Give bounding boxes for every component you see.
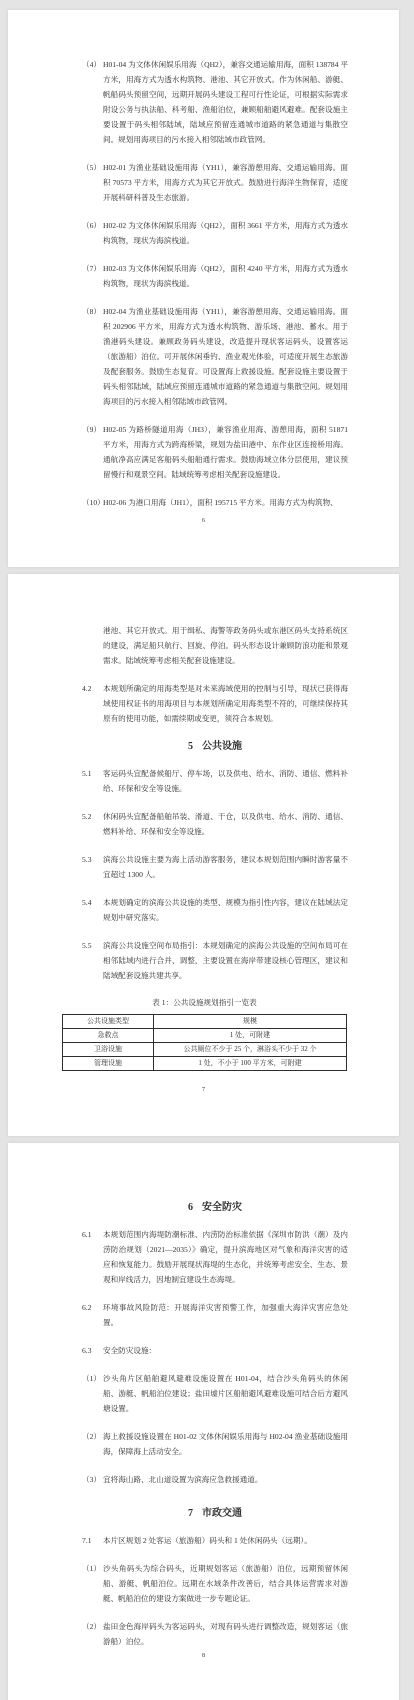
document-page-7: 港池、其它开放式。用于缉私、海警等政务码头或东港区码头支持系统区的建设，满足船只… (8, 574, 399, 1136)
item-number: （7） (82, 261, 101, 276)
sub-item-6-3-2: （2） 海上救援设施设置在 H01-02 文体休闲娱乐用海与 H02-04 渔业… (82, 1429, 348, 1459)
page-7-content: 港池、其它开放式。用于缉私、海警等政务码头或东港区码头支持系统区的建设，满足船只… (8, 574, 399, 1071)
item-text: 宜将海山路、北山道设置为滨海应急救援通道。 (103, 1475, 262, 1484)
section-number: 7 (188, 1507, 193, 1520)
item-number: （6） (82, 218, 101, 233)
page-6-content: （4） H01-04 为文体休闲娱乐用海（QH2），兼容交通运输用海，面积 13… (8, 10, 399, 510)
section-number: 6 (188, 1201, 193, 1214)
item-number: （5） (82, 160, 101, 175)
item-number: （9） (82, 422, 101, 437)
table-caption: 表 1：公共设施规划指引一览表 (62, 996, 347, 1010)
item-number: （1） (82, 1371, 101, 1386)
item-text: 本规划所确定的用海类型是对未来海域使用的控制与引导，现状已获得海域使用权证书的用… (103, 684, 348, 723)
section-title: 安全防灾 (202, 1201, 242, 1214)
item-number: 5.1 (82, 766, 92, 781)
page-8-content: 6 安全防灾 6.1 本规划范围内海堤防潮标准、内涝防治标准依据《深圳市防洪（潮… (8, 1143, 399, 1649)
table-header-row: 公共设施类型 规模 (63, 1015, 347, 1029)
item-text: 本片区规划 2 处客运（旅游船）码头和 1 处休闲码头（远期）。 (103, 1536, 312, 1545)
item-text: 港池、其它开放式。用于缉私、海警等政务码头或东港区码头支持系统区的建设，满足船只… (103, 626, 348, 665)
item-text: 滨海公共设施空间布局指引：本规划确定的滨海公共设施的空间布局可在相邻陆域内进行合… (103, 941, 348, 980)
public-facilities-table: 公共设施类型 规模 急救点 1 处，可附建 卫浴设施 公共厕位不少于 25 个，… (62, 1014, 347, 1071)
document-page-6: （4） H01-04 为文体休闲娱乐用海（QH2），兼容交通运输用海，面积 13… (8, 10, 399, 567)
document-viewer: { "theme": { "canvas_background": "#e4e4… (0, 0, 414, 1700)
item-number: 6.3 (82, 1343, 92, 1358)
item-number: 6.2 (82, 1300, 92, 1315)
section-title: 公共设施 (202, 740, 242, 753)
section-heading-5: 5 公共设施 (82, 740, 348, 753)
list-item-10: （10） H02-06 为港口用海（JH1），面积 195715 平方米。用海方… (82, 495, 348, 510)
section-heading-7: 7 市政交通 (82, 1507, 348, 1520)
item-number: （10） (82, 495, 105, 510)
item-number: （2） (82, 1619, 101, 1634)
item-text: 滨海公共设施主要为海上活动游客服务，建议本规划范围内瞬时游客量不宜超过 1300… (103, 855, 348, 879)
list-item-6: （6） H02-02 为文体休闲娱乐用海（QH2），面积 3661 平方米，用海… (82, 218, 348, 248)
clause-5-2: 5.2 休闲码头宜配备船舶吊装、滑道、干仓，以及供电、给水、消防、通信、燃料补给… (82, 809, 348, 839)
item-number: 6.1 (82, 1227, 92, 1242)
item-text: 沙头角码头为综合码头，近期规划客运（旅游船）泊位，远期预留休闲船、游艇、帆船泊位… (103, 1564, 348, 1603)
page-number: 8 (8, 1652, 399, 1660)
list-item-7: （7） H02-03 为文体休闲娱乐用海（QH2），面积 4240 平方米，用海… (82, 261, 348, 291)
item-text: 客运码头宜配备候船厅、停车场，以及供电、给水、消防、通信、燃料补给、环保和安全等… (103, 769, 348, 793)
item-text: H02-05 为路桥隧道用海（JH3），兼容渔业用海、游憩用海，面积 51871… (103, 425, 348, 479)
clause-6-3: 6.3 安全防灾设施： (82, 1343, 348, 1358)
sub-item-7-1-1: （1） 沙头角码头为综合码头，近期规划客运（旅游船）泊位，远期预留休闲船、游艇、… (82, 1561, 348, 1606)
item-number: （4） (82, 57, 101, 72)
list-item-5: （5） H02-01 为渔业基础设施用海（YH1），兼容游憩用海、交通运输用海。… (82, 160, 348, 205)
clause-5-1: 5.1 客运码头宜配备候船厅、停车场，以及供电、给水、消防、通信、燃料补给、环保… (82, 766, 348, 796)
table-header-cell: 公共设施类型 (63, 1015, 154, 1029)
item-text: H02-02 为文体休闲娱乐用海（QH2），面积 3661 平方米，用海方式为透… (103, 221, 348, 245)
item-number: 5.5 (82, 938, 92, 953)
table-row: 卫浴设施 公共厕位不少于 25 个，淋浴头不少于 32 个 (63, 1043, 347, 1057)
item-text: 盐田金色海岸码头为客运码头，对现有码头进行调整改造，规划客运（旅游船）泊位。 (103, 1622, 348, 1646)
item-text: 休闲码头宜配备船舶吊装、滑道、干仓，以及供电、给水、消防、通信、燃料补给、环保和… (103, 812, 348, 836)
table-cell: 管理设施 (63, 1057, 154, 1071)
item-number: （8） (82, 304, 101, 319)
sub-item-6-3-3: （3） 宜将海山路、北山道设置为滨海应急救援通道。 (82, 1472, 348, 1487)
item-text: 环境事故风险防范：开展海洋灾害预警工作，加强重大海洋灾害应急处置。 (103, 1303, 348, 1327)
section-number: 5 (188, 740, 193, 753)
item-text: H02-01 为渔业基础设施用海（YH1），兼容游憩用海、交通运输用海。面积 7… (103, 163, 348, 202)
item-text: H01-04 为文体休闲娱乐用海（QH2），兼容交通运输用海，面积 138784… (103, 60, 348, 144)
item-number: 4.2 (82, 681, 92, 696)
item-text: 沙头角片区船舶避风避难设施设置在 H01-04，结合沙头角码头的休闲船、游艇、帆… (103, 1374, 348, 1413)
table-cell: 卫浴设施 (63, 1043, 154, 1057)
sub-item-6-3-1: （1） 沙头角片区船舶避风避难设施设置在 H01-04，结合沙头角码头的休闲船、… (82, 1371, 348, 1416)
clause-5-5: 5.5 滨海公共设施空间布局指引：本规划确定的滨海公共设施的空间布局可在相邻陆域… (82, 938, 348, 983)
sub-item-7-1-2: （2） 盐田金色海岸码头为客运码头，对现有码头进行调整改造，规划客运（旅游船）泊… (82, 1619, 348, 1649)
item-text: H02-03 为文体休闲娱乐用海（QH2），面积 4240 平方米，用海方式为透… (103, 264, 348, 288)
list-item-9: （9） H02-05 为路桥隧道用海（JH3），兼容渔业用海、游憩用海，面积 5… (82, 422, 348, 482)
section-title: 市政交通 (202, 1507, 242, 1520)
item-text: 本规划确定的滨海公共设施的类型、规模为指引性内容，建议在陆域法定规划中研究落实。 (103, 898, 348, 922)
page-number: 6 (8, 517, 399, 525)
public-facilities-table-section: 表 1：公共设施规划指引一览表 公共设施类型 规模 急救点 1 处，可附建 卫浴… (62, 996, 347, 1071)
item-text: 安全防灾设施： (103, 1346, 156, 1355)
item-number: 5.3 (82, 852, 92, 867)
item-number: （2） (82, 1429, 101, 1444)
list-item-8: （8） H02-04 为渔业基础设施用海（YH1），兼容游憩用海、交通运输用海。… (82, 304, 348, 409)
table-cell: 急救点 (63, 1029, 154, 1043)
item-text: H02-06 为港口用海（JH1），面积 195715 平方米。用海方式为构筑物… (103, 498, 338, 507)
item-number: 7.1 (82, 1533, 92, 1548)
continuation-paragraph: 港池、其它开放式。用于缉私、海警等政务码头或东港区码头支持系统区的建设，满足船只… (82, 623, 348, 668)
table-cell: 公共厕位不少于 25 个，淋浴头不少于 32 个 (154, 1043, 347, 1057)
list-item-4: （4） H01-04 为文体休闲娱乐用海（QH2），兼容交通运输用海，面积 13… (82, 57, 348, 147)
section-heading-6: 6 安全防灾 (82, 1201, 348, 1214)
item-number: （1） (82, 1561, 101, 1576)
clause-6-1: 6.1 本规划范围内海堤防潮标准、内涝防治标准依据《深圳市防洪（潮）及内涝防治规… (82, 1227, 348, 1287)
item-text: 海上救援设施设置在 H01-02 文体休闲娱乐用海与 H02-04 渔业基础设施… (103, 1432, 348, 1456)
table-cell: 1 处，不小于 100 平方米，可附建 (154, 1057, 347, 1071)
item-number: 5.4 (82, 895, 92, 910)
item-text: 本规划范围内海堤防潮标准、内涝防治标准依据《深圳市防洪（潮）及内涝防治规划（20… (103, 1230, 348, 1284)
clause-4-2: 4.2 本规划所确定的用海类型是对未来海域使用的控制与引导，现状已获得海域使用权… (82, 681, 348, 726)
table-cell: 1 处，可附建 (154, 1029, 347, 1043)
table-row: 急救点 1 处，可附建 (63, 1029, 347, 1043)
document-page-8: 6 安全防灾 6.1 本规划范围内海堤防潮标准、内涝防治标准依据《深圳市防洪（潮… (8, 1143, 399, 1700)
item-text: H02-04 为渔业基础设施用海（YH1），兼容游憩用海、交通运输用海。面积 2… (103, 307, 348, 406)
item-number: （3） (82, 1472, 101, 1487)
clause-6-2: 6.2 环境事故风险防范：开展海洋灾害预警工作，加强重大海洋灾害应急处置。 (82, 1300, 348, 1330)
item-number: 5.2 (82, 809, 92, 824)
clause-5-3: 5.3 滨海公共设施主要为海上活动游客服务，建议本规划范围内瞬时游客量不宜超过 … (82, 852, 348, 882)
table-header-cell: 规模 (154, 1015, 347, 1029)
table-row: 管理设施 1 处，不小于 100 平方米，可附建 (63, 1057, 347, 1071)
clause-5-4: 5.4 本规划确定的滨海公共设施的类型、规模为指引性内容，建议在陆域法定规划中研… (82, 895, 348, 925)
clause-7-1: 7.1 本片区规划 2 处客运（旅游船）码头和 1 处休闲码头（远期）。 (82, 1533, 348, 1548)
page-number: 7 (8, 1086, 399, 1094)
